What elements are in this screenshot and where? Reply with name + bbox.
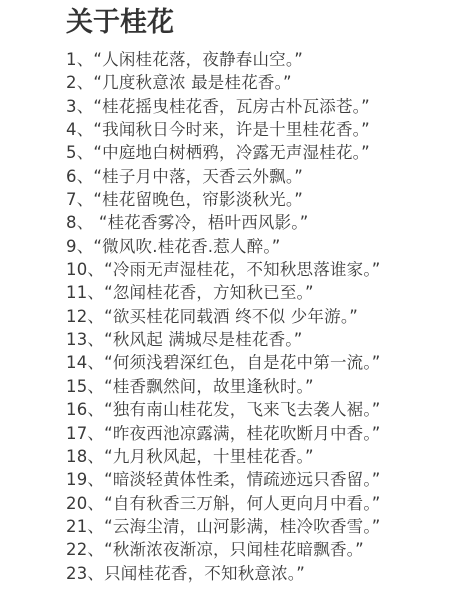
list-item: 19、“暗淡轻黄体性柔，情疏迹远只香留。” — [66, 468, 381, 491]
list-item: 1、“人闲桂花落，夜静春山空。” — [66, 48, 381, 71]
list-item: 6、“桂子月中落，天香云外飘。” — [66, 165, 381, 188]
document-title: 关于桂花 — [66, 7, 174, 39]
list-item: 5、“中庭地白树栖鸦，冷露无声湿桂花。” — [66, 141, 381, 164]
list-item: 17、“昨夜西池凉露满，桂花吹断月中香。” — [66, 422, 381, 445]
list-item: 20、“自有秋香三万斛，何人更向月中看。” — [66, 492, 381, 515]
list-item: 22、“秋渐浓夜渐凉，只闻桂花暗飘香。” — [66, 538, 381, 561]
list-item: 15、“桂香飘然间，故里逢秋时。” — [66, 375, 381, 398]
poem-line-list: 1、“人闲桂花落，夜静春山空。” 2、“几度秋意浓 最是桂花香。” 3、“桂花摇… — [66, 48, 381, 585]
list-item: 3、“桂花摇曳桂花香，瓦房古朴瓦添苍。” — [66, 95, 381, 118]
list-item: 4、“我闻秋日今时来，许是十里桂花香。” — [66, 118, 381, 141]
list-item: 12、“欲买桂花同载酒 终不似 少年游。” — [66, 305, 381, 328]
list-item: 14、“何须浅碧深红色，自是花中第一流。” — [66, 351, 381, 374]
list-item: 11、“忽闻桂花香，方知秋已至。” — [66, 281, 381, 304]
list-item: 13、“秋风起 满城尽是桂花香。” — [66, 328, 381, 351]
list-item: 16、“独有南山桂花发，飞来飞去袭人裾。” — [66, 398, 381, 421]
list-item: 9、“微风吹.桂花香.惹人醉。” — [66, 235, 381, 258]
list-item: 10、“冷雨无声湿桂花，不知秋思落谁家。” — [66, 258, 381, 281]
list-item: 23、只闻桂花香，不知秋意浓。” — [66, 562, 381, 585]
list-item: 21、“云海尘清，山河影满，桂冷吹香雪。” — [66, 515, 381, 538]
list-item: 8、 “桂花香雾冷，梧叶西风影。” — [66, 211, 381, 234]
list-item: 18、“九月秋风起，十里桂花香。” — [66, 445, 381, 468]
list-item: 7、“桂花留晚色，帘影淡秋光。” — [66, 188, 381, 211]
list-item: 2、“几度秋意浓 最是桂花香。” — [66, 71, 381, 94]
